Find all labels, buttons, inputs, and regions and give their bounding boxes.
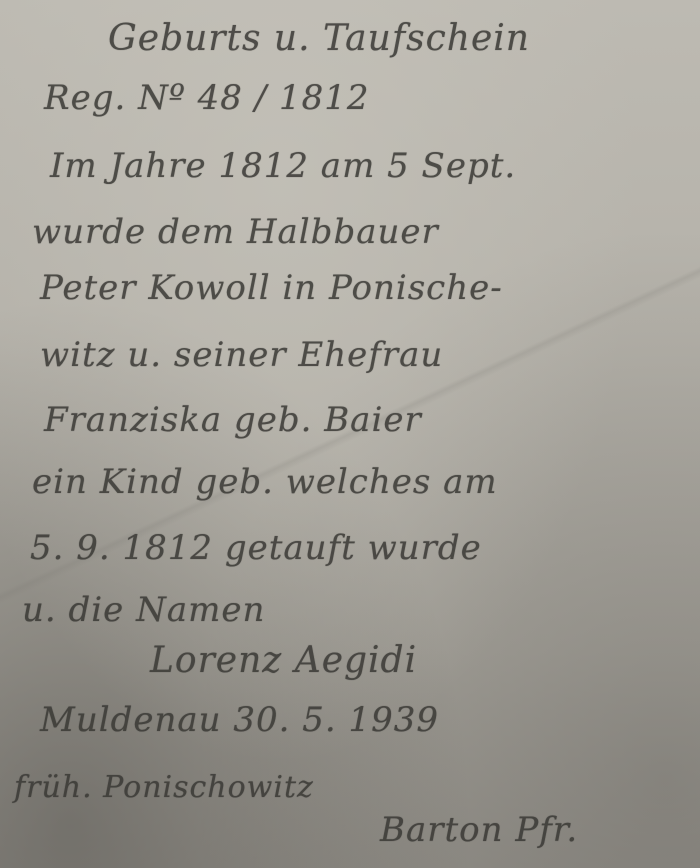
child-name: Lorenz Aegidi xyxy=(150,640,417,681)
body-line-8: u. die Namen xyxy=(22,590,265,630)
body-line-7: 5. 9. 1812 getauft wurde xyxy=(30,528,482,568)
place-date: Muldenau 30. 5. 1939 xyxy=(40,700,439,740)
registration-number: Reg. Nº 48 / 1812 xyxy=(44,78,370,118)
body-line-4: witz u. seiner Ehefrau xyxy=(40,335,443,375)
body-line-1: Im Jahre 1812 am 5 Sept. xyxy=(50,146,516,186)
document-page: Geburts u. Taufschein Reg. Nº 48 / 1812 … xyxy=(0,0,700,868)
body-line-5: Franziska geb. Baier xyxy=(44,400,422,440)
body-line-6: ein Kind geb. welches am xyxy=(32,462,498,502)
document-title: Geburts u. Taufschein xyxy=(108,18,530,59)
signature: Barton Pfr. xyxy=(380,810,578,850)
former-place: früh. Ponischowitz xyxy=(14,770,314,805)
body-line-2: wurde dem Halbbauer xyxy=(32,212,439,252)
body-line-3: Peter Kowoll in Ponische- xyxy=(40,268,503,308)
